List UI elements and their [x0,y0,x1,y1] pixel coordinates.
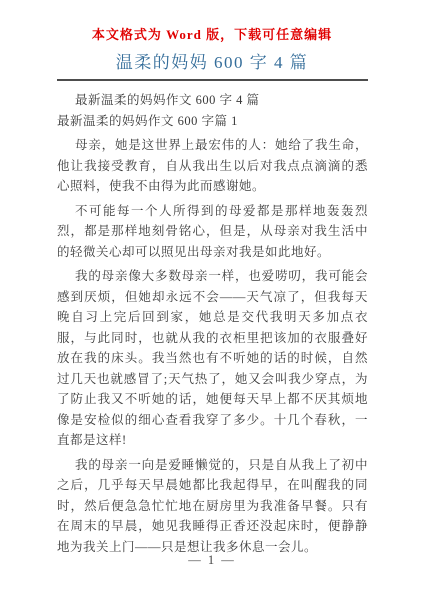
section-heading: 最新温柔的妈妈作文 600 字篇 1 [57,111,368,132]
title-divider [57,79,368,81]
word-format-notice: 本文格式为 Word 版，下载可任意编辑 [0,27,424,43]
document-page: 本文格式为 Word 版，下载可任意编辑 温柔的妈妈 600 字 4 篇 最新温… [0,0,424,600]
document-header: 本文格式为 Word 版，下载可任意编辑 温柔的妈妈 600 字 4 篇 [0,0,424,74]
body-paragraph: 不可能每一个人所得到的母爱都是那样地轰轰烈烈，都是那样地刻骨铭心，但是，从母亲对… [57,201,368,263]
document-title: 温柔的妈妈 600 字 4 篇 [0,52,424,74]
intro-line: 最新温柔的妈妈作文 600 字 4 篇 [57,90,368,111]
page-number: — 1 — [0,553,424,568]
document-body: 最新温柔的妈妈作文 600 字 4 篇 最新温柔的妈妈作文 600 字篇 1 母… [57,90,368,557]
body-paragraph: 我的母亲一向是爱睡懒觉的，只是自从我上了初中之后，几乎每天早晨她都比我起得早，在… [57,455,368,558]
body-paragraph: 母亲，她是这世界上最宏伟的人：她给了我生命，他让我接受教育，自从我出生以后对我点… [57,135,368,197]
body-paragraph: 我的母亲像大多数母亲一样，也爱唠叨，我可能会感到厌烦，但她却永远不会——天气凉了… [57,266,368,451]
